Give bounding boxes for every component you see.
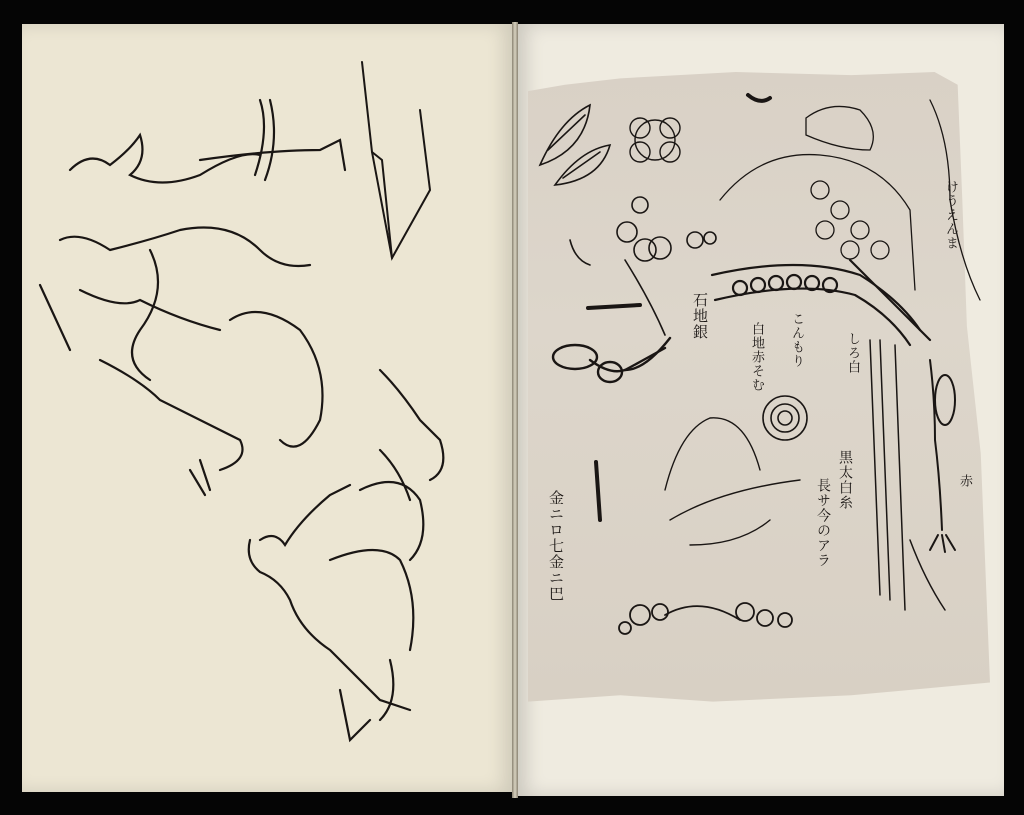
drape-lines-sketch — [870, 340, 945, 610]
blade-sketch — [362, 62, 430, 258]
knotted-cord-sketch — [553, 338, 670, 382]
annotation-kin: 金ニロ七金ニ巴 — [548, 490, 563, 602]
annotation-shiro: しろ白 — [846, 332, 859, 374]
photo-scene: 石地銀 白地赤そむ こんもり しろ白 けうえんま 黒太白糸 長サ今のアラ 赤 金… — [0, 0, 1024, 815]
brush-strokes — [588, 95, 770, 520]
reclining-figure-sketch — [249, 370, 444, 740]
cloud-scroll-sketch — [619, 603, 792, 634]
hat-sketch — [665, 418, 800, 545]
patterned-curtain-sketch — [720, 100, 980, 300]
ring-sketch — [763, 396, 807, 440]
flower-sketch — [630, 118, 680, 162]
annotation-shiroji: 白地赤そむ — [750, 322, 763, 392]
annotation-aka: 赤 — [958, 474, 971, 488]
annotation-konmori: こんもり — [790, 312, 803, 368]
ink-drawings — [0, 0, 1024, 815]
annotation-kuro-futo: 黒太白糸 — [838, 450, 852, 510]
sword-band-sketch — [712, 260, 930, 345]
leaves-sketch — [540, 105, 610, 185]
annotation-nagasa: 長サ今のアラ — [816, 478, 830, 568]
warrior-figures-sketch — [40, 100, 345, 495]
annotation-keuenma: けうえんま — [944, 180, 957, 250]
tassel-cord-sketch — [930, 360, 955, 552]
annotation-ishiji-gin: 石地銀 — [692, 292, 707, 340]
